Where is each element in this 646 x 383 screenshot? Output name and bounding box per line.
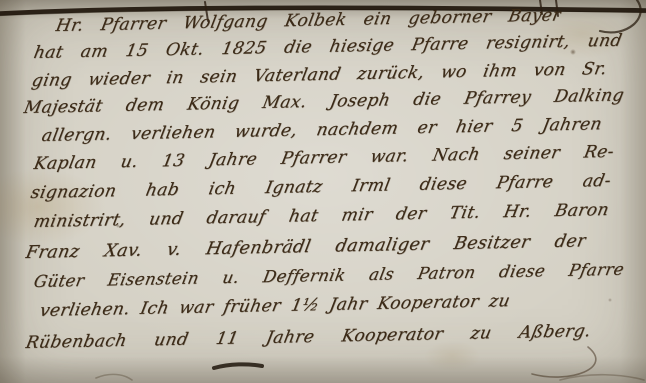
manuscript-line: Rübenbach und 11 Jahre Kooperator zu Aßb… — [24, 319, 593, 355]
manuscript-text: Hr. Pfarrer Wolfgang Kolbek ein geborner… — [0, 0, 646, 383]
manuscript-page: Hr. Pfarrer Wolfgang Kolbek ein geborner… — [0, 0, 646, 383]
manuscript-line: ministrirt, und darauf hat mir der Tit. … — [32, 198, 611, 234]
manuscript-line: verliehen. Ich war früher 1½ Jahr Kooper… — [38, 289, 512, 323]
manuscript-line: Güter Eisenstein u. Deffernik als Patron… — [32, 258, 626, 294]
